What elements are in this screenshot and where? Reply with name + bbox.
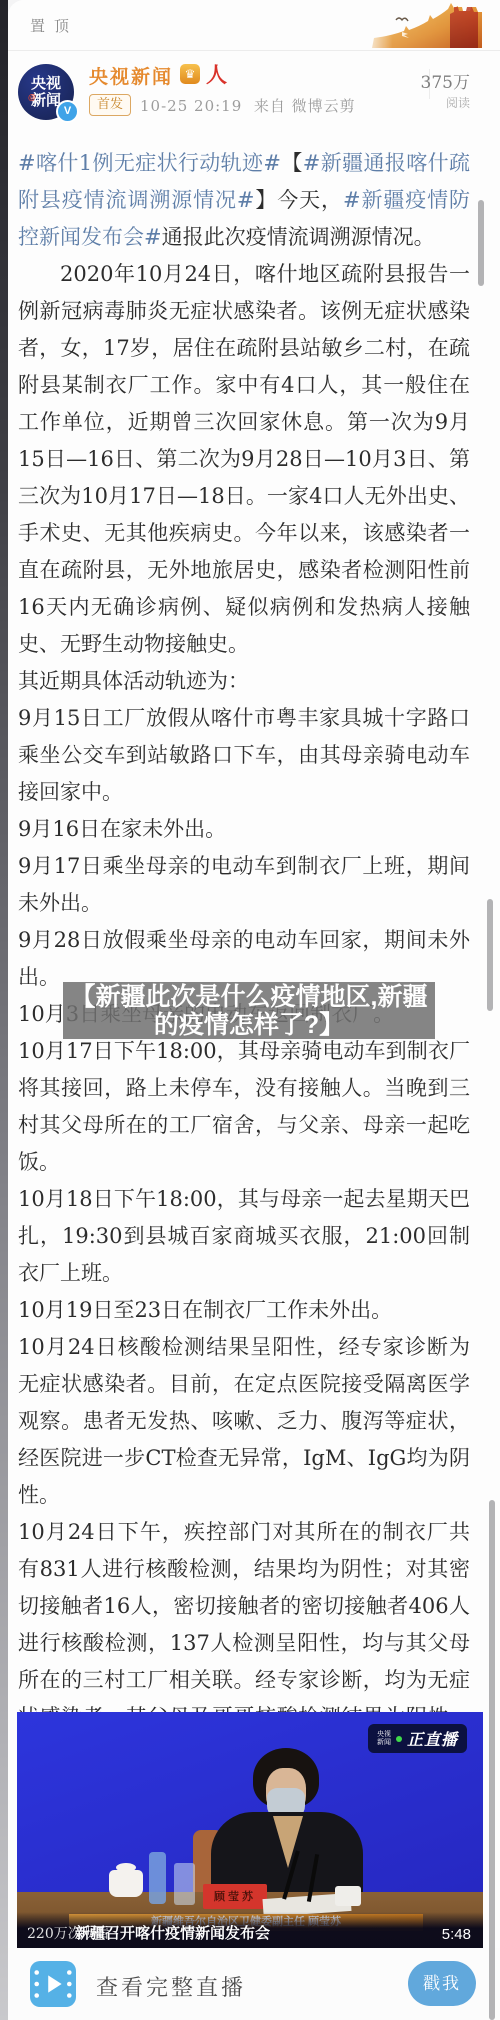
org-logo-icon: 人 [206, 59, 227, 89]
read-count: 375万 阅读 [421, 68, 470, 111]
video-duration: 5:48 [442, 1926, 471, 1943]
poke-me-button[interactable]: 戳我 [408, 1961, 476, 2006]
hashtag-link[interactable]: #喀什1例无症状行动轨迹# [18, 151, 281, 175]
view-full-live-label: 查看完整直播 [96, 1971, 246, 2002]
body-text: 9月17日乘坐母亲的电动车到制衣厂上班，期间未外出。 [18, 854, 470, 915]
body-text: 9月28日放假乘坐母亲的电动车回家，期间未外出。 [18, 928, 470, 989]
drinking-glass [174, 1863, 195, 1905]
body-text: 】今天， [255, 188, 343, 212]
video-film-icon[interactable] [30, 1961, 76, 2007]
live-dot-icon [396, 1736, 402, 1742]
post-timestamp: 10-25 20:19 来自 微博云剪 [140, 95, 356, 116]
pinned-label: 置顶 [30, 15, 78, 36]
scrollbar-thumb[interactable] [489, 1500, 495, 2020]
body-text: 其近期具体活动轨迹为： [18, 669, 249, 693]
video-title: 新疆召开喀什疫情新闻发布会 [75, 1922, 270, 1943]
speaker-name-card: 顾莹苏 [203, 1884, 267, 1909]
body-text: 10月18日下午18:00，其与母亲一起去星期天巴扎，19:30到县城百家商城买… [18, 1187, 470, 1285]
body-text: 9月15日工厂放假从喀什市粤丰家具城十字路口乘坐公交车到站敏路口下车，由其母亲骑… [18, 706, 470, 804]
vip-crown-icon: ♛ [180, 64, 200, 84]
body-text: 10月17日下午18:00，其母亲骑电动车到制衣厂将其接回，路上未停车，没有接触… [18, 1039, 470, 1174]
post-source-link[interactable]: 微博云剪 [292, 97, 356, 115]
body-paragraph: 10月24日核酸检测结果呈阳性，经专家诊断为无症状感染者。目前，在定点医院接受隔… [18, 1329, 470, 1514]
author-name[interactable]: 央视新闻 [89, 62, 173, 89]
first-release-badge: 首发 [89, 94, 131, 116]
second-cup [335, 1886, 361, 1906]
body-text: 10月24日核酸检测结果呈阳性，经专家诊断为无症状感染者。目前，在定点医院接受隔… [18, 1335, 470, 1507]
body-text: 9月16日在家未外出。 [18, 817, 226, 841]
video-footer-bar: 查看完整直播 戳我 [8, 1948, 500, 2020]
watermark-overlay: 【新疆此次是什么疫情地区,新疆的疫情怎样了?】 [63, 982, 435, 1039]
body-text: 通报此次疫情流调溯源情况。 [162, 225, 435, 249]
read-count-value: 375万 [421, 68, 470, 93]
body-paragraph: 2020年10月24日，喀什地区疏附县报告一例新冠病毒肺炎无症状感染者。该例无症… [18, 256, 470, 663]
scrollbar-thumb[interactable] [478, 200, 484, 286]
body-text: 2020年10月24日，喀什地区疏附县报告一例新冠病毒肺炎无症状感染者。该例无症… [18, 262, 470, 656]
body-paragraph: 9月15日工厂放假从喀什市粤丰家具城十字路口乘坐公交车到站敏路口下车，由其母亲骑… [18, 700, 470, 811]
body-text: 10月19日至23日在制衣厂工作未外出。 [18, 1298, 392, 1322]
live-badge-label: 正直播 [407, 1727, 458, 1750]
read-count-label: 阅读 [421, 94, 470, 111]
content-sheet: 置顶 [8, 0, 500, 2020]
screen-left-edge [0, 0, 8, 2020]
body-paragraph: 10月17日下午18:00，其母亲骑电动车到制衣厂将其接回，路上未停车，没有接触… [18, 1033, 470, 1181]
body-paragraph: 其近期具体活动轨迹为： [18, 663, 470, 700]
body-text: 【 [281, 151, 303, 175]
body-paragraph: 9月17日乘坐母亲的电动车到制衣厂上班，期间未外出。 [18, 848, 470, 922]
water-bottle [149, 1852, 166, 1904]
live-broadcast-badge: 央视 新闻 正直播 [368, 1724, 467, 1753]
body-paragraph: #喀什1例无症状行动轨迹#【#新疆通报喀什疏附县疫情流调溯源情况#】今天，#新疆… [18, 145, 470, 256]
avatar-at-symbol: @ [28, 89, 36, 106]
badge-channel-name: 央视 新闻 [377, 1731, 391, 1747]
weibo-post-screen: 置顶 [0, 0, 500, 2020]
body-paragraph: 10月18日下午18:00，其与母亲一起去星期天巴扎，19:30到县城百家商城买… [18, 1181, 470, 1292]
video-player[interactable]: 顾莹苏 央视 新闻 正直播 新疆维吾尔自治区卫健委副主任 顾莹苏 220万次观看… [17, 1712, 483, 1948]
avatar-text-line1: 央视 [18, 75, 74, 92]
post-meta-row: 首发 10-25 20:19 来自 微博云剪 [89, 94, 356, 116]
verified-badge-icon: V [56, 100, 79, 123]
watermark-text: 【新疆此次是什么疫情地区,新疆的疫情怎样了?】 [63, 983, 435, 1039]
pinned-bar: 置顶 [8, 0, 500, 51]
body-paragraph: 10月19日至23日在制衣厂工作未外出。 [18, 1292, 470, 1329]
scrollbar-thumb[interactable] [487, 899, 493, 1011]
great-wall-decoration-image [362, 2, 484, 48]
body-paragraph: 9月16日在家未外出。 [18, 811, 470, 848]
post-header: 央视 @ 新闻 V 央视新闻 ♛ 人 首发 10-25 20:19 来自 微博云… [8, 51, 500, 143]
teacup [109, 1870, 143, 1897]
